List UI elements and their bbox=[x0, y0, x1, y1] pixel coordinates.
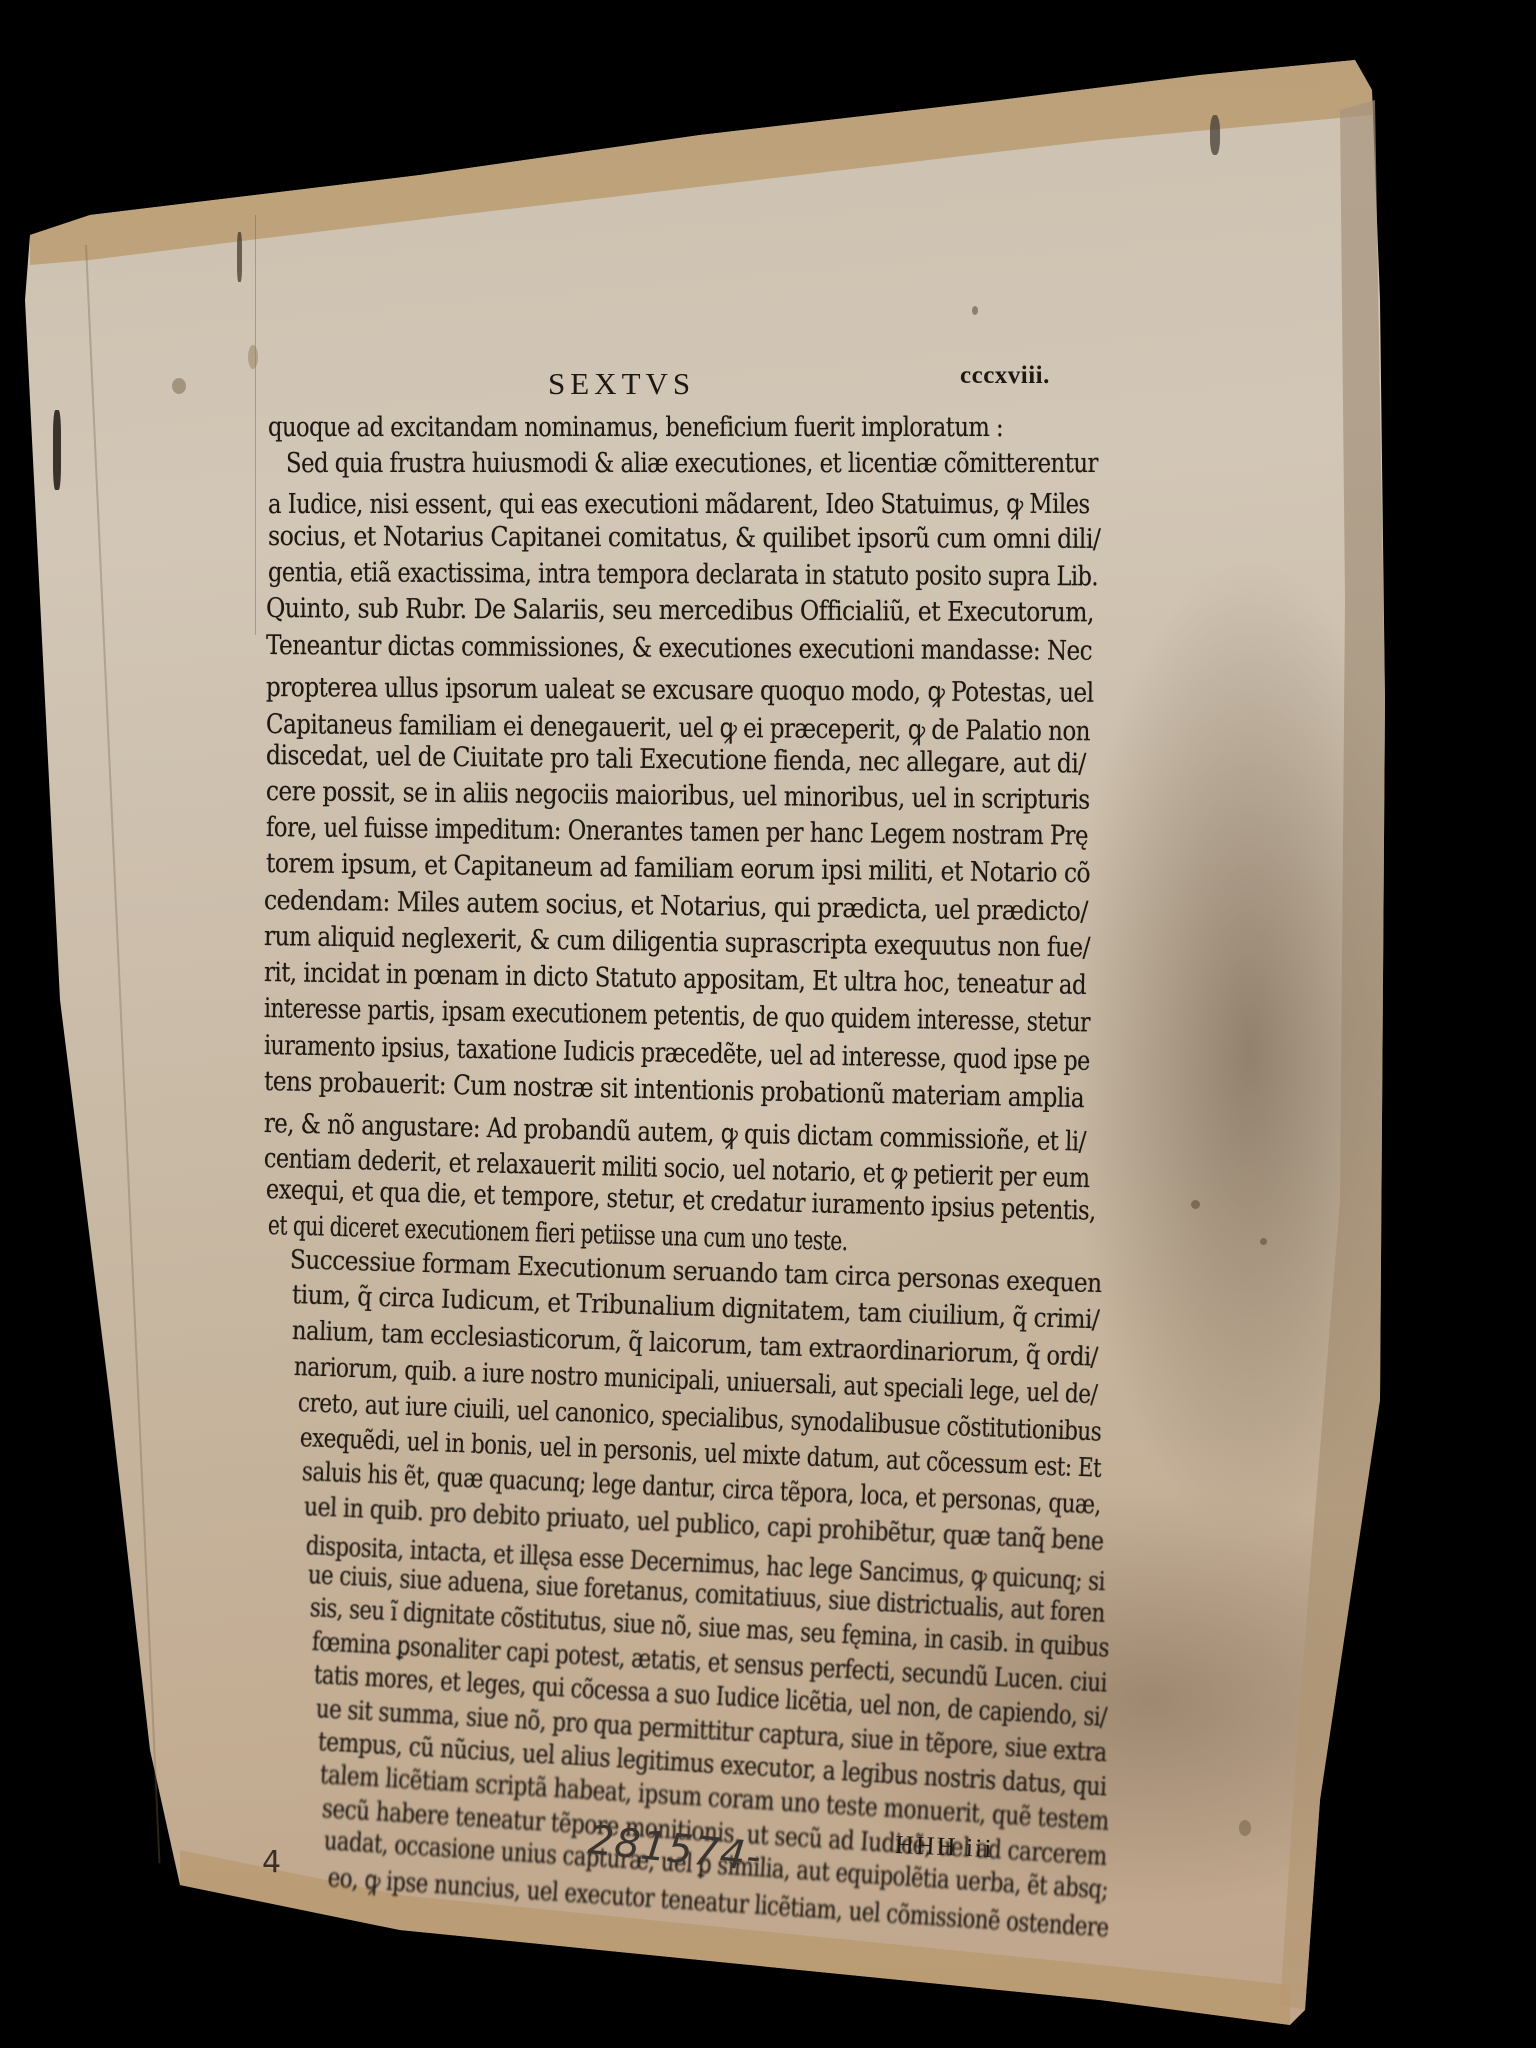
folio-number: cccxviii. bbox=[960, 362, 1050, 390]
text-line: cedendam: Miles autem socius, et Notariu… bbox=[264, 885, 1088, 927]
text-line: socius, et Notarius Capitanei comitatus,… bbox=[268, 521, 1100, 555]
printed-text-block: SEXTVS cccxviii. quoque ad excitandam no… bbox=[0, 0, 1536, 2048]
photo-stage: SEXTVS cccxviii. quoque ad excitandam no… bbox=[0, 0, 1536, 2048]
text-line: gentia, etiã exactissima, intra tempora … bbox=[268, 557, 1098, 592]
text-line: torem ipsum, et Capitaneum ad familiam e… bbox=[266, 848, 1091, 889]
text-line: quoque ad excitandam nominamus, benefici… bbox=[268, 412, 1003, 443]
text-line: propterea ullus ipsorum ualeat se excusa… bbox=[266, 667, 1094, 710]
margin-mark: 4 bbox=[262, 1845, 281, 1880]
text-line: Sed quia frustra huiusmodi & aliæ execut… bbox=[286, 448, 1098, 479]
text-line: rum aliquid neglexerit, & cum diligentia… bbox=[264, 921, 1090, 964]
text-line: Quinto, sub Rubr. De Salariis, seu merce… bbox=[266, 593, 1094, 628]
text-line: fore, uel fuisse impeditum: Onerantes ta… bbox=[266, 812, 1088, 852]
text-line: cere possit, se in aliis negociis maiori… bbox=[266, 776, 1090, 816]
running-head: SEXTVS bbox=[548, 366, 695, 402]
text-line: a Iudice, nisi essent, qui eas execution… bbox=[268, 484, 1090, 521]
text-line: Teneantur dictas commissiones, & executi… bbox=[266, 630, 1092, 667]
signature-mark: HHH iii bbox=[894, 1830, 994, 1864]
